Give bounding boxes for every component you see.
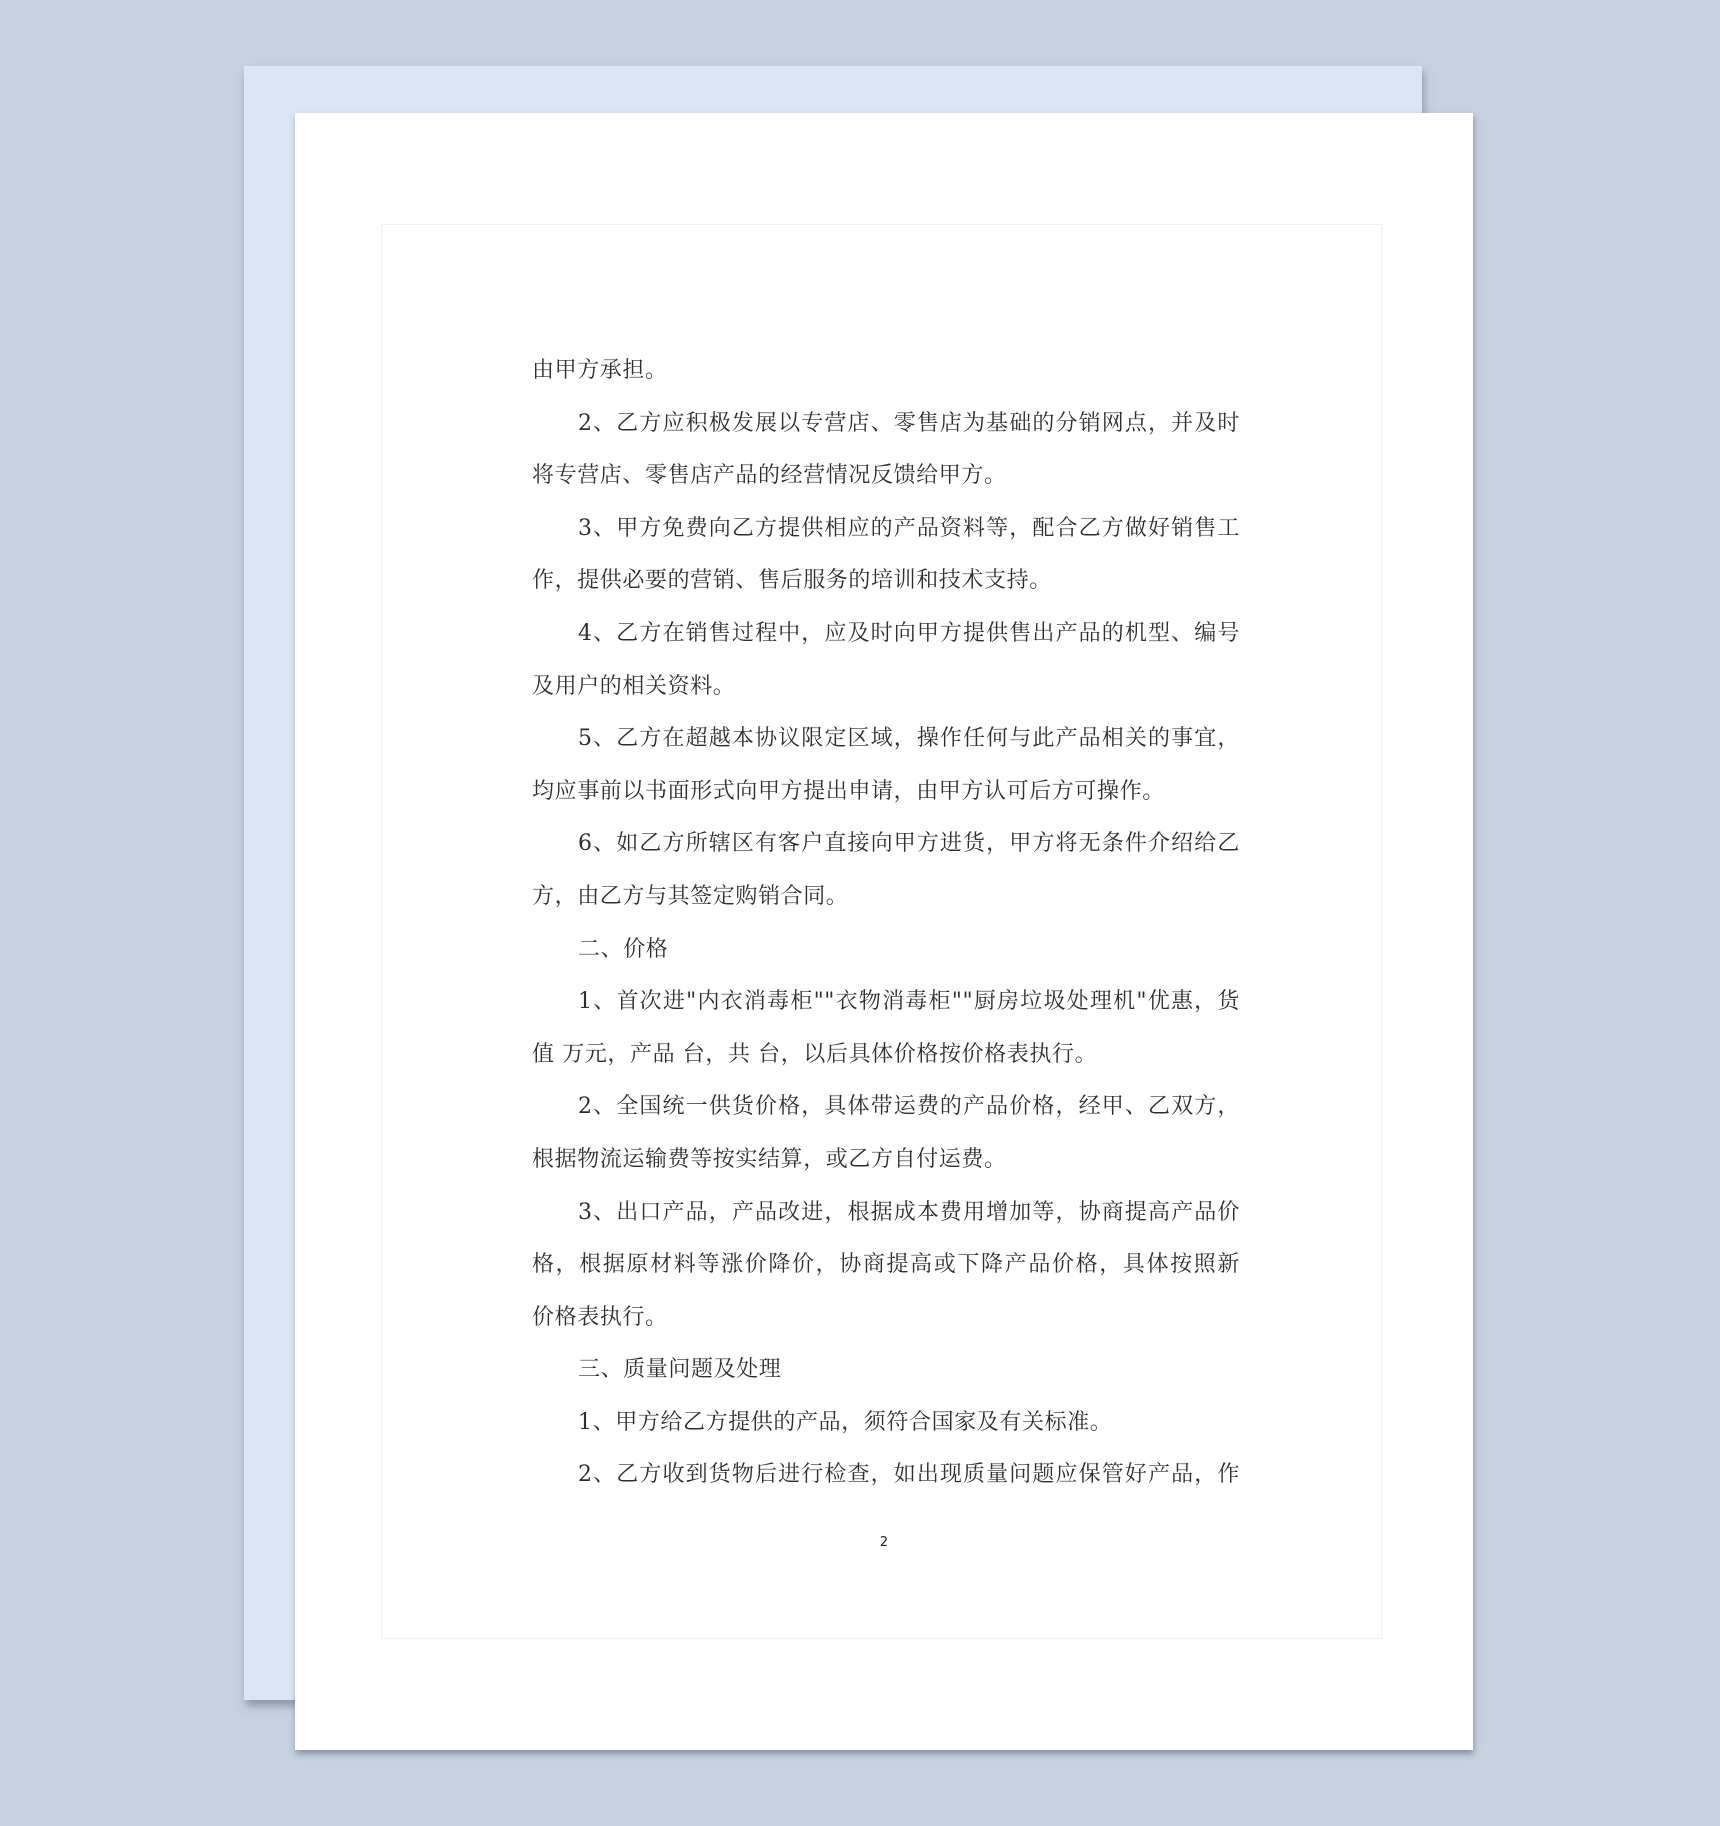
- body-line: 1、甲方给乙方提供的产品，须符合国家及有关标准。: [532, 1397, 1240, 1450]
- body-line: 作，提供必要的营销、售后服务的培训和技术支持。: [532, 555, 1240, 608]
- body-line: 4、乙方在销售过程中，应及时向甲方提供售出产品的机型、编号: [532, 608, 1240, 661]
- body-line: 2、乙方收到货物后进行检查，如出现质量问题应保管好产品，作: [532, 1449, 1240, 1502]
- body-line: 根据物流运输费等按实结算，或乙方自付运费。: [532, 1134, 1240, 1187]
- section-heading: 二、价格: [532, 924, 1240, 977]
- body-line: 将专营店、零售店产品的经营情况反馈给甲方。: [532, 450, 1240, 503]
- body-line: 2、乙方应积极发展以专营店、零售店为基础的分销网点，并及时: [532, 398, 1240, 451]
- body-line: 2、全国统一供货价格，具体带运费的产品价格，经甲、乙双方，: [532, 1081, 1240, 1134]
- body-line: 1、首次进"内衣消毒柜""衣物消毒柜""厨房垃圾处理机"优惠，货: [532, 976, 1240, 1029]
- body-line: 方，由乙方与其签定购销合同。: [532, 871, 1240, 924]
- body-line: 值 万元，产品 台，共 台，以后具体价格按价格表执行。: [532, 1029, 1240, 1082]
- page-number: 2: [295, 1535, 1473, 1550]
- document-body: 由甲方承担。 2、乙方应积极发展以专营店、零售店为基础的分销网点，并及时 将专营…: [532, 345, 1240, 1502]
- body-line: 3、甲方免费向乙方提供相应的产品资料等，配合乙方做好销售工: [532, 503, 1240, 556]
- body-line: 由甲方承担。: [532, 345, 1240, 398]
- body-line: 5、乙方在超越本协议限定区域，操作任何与此产品相关的事宜，: [532, 713, 1240, 766]
- body-line: 3、出口产品，产品改进，根据成本费用增加等，协商提高产品价: [532, 1187, 1240, 1240]
- body-line: 均应事前以书面形式向甲方提出申请，由甲方认可后方可操作。: [532, 766, 1240, 819]
- body-line: 价格表执行。: [532, 1292, 1240, 1345]
- body-line: 及用户的相关资料。: [532, 661, 1240, 714]
- section-heading: 三、质量问题及处理: [532, 1344, 1240, 1397]
- body-line: 格，根据原材料等涨价降价，协商提高或下降产品价格，具体按照新: [532, 1239, 1240, 1292]
- body-line: 6、如乙方所辖区有客户直接向甲方进货，甲方将无条件介绍给乙: [532, 818, 1240, 871]
- document-page: 由甲方承担。 2、乙方应积极发展以专营店、零售店为基础的分销网点，并及时 将专营…: [295, 113, 1473, 1750]
